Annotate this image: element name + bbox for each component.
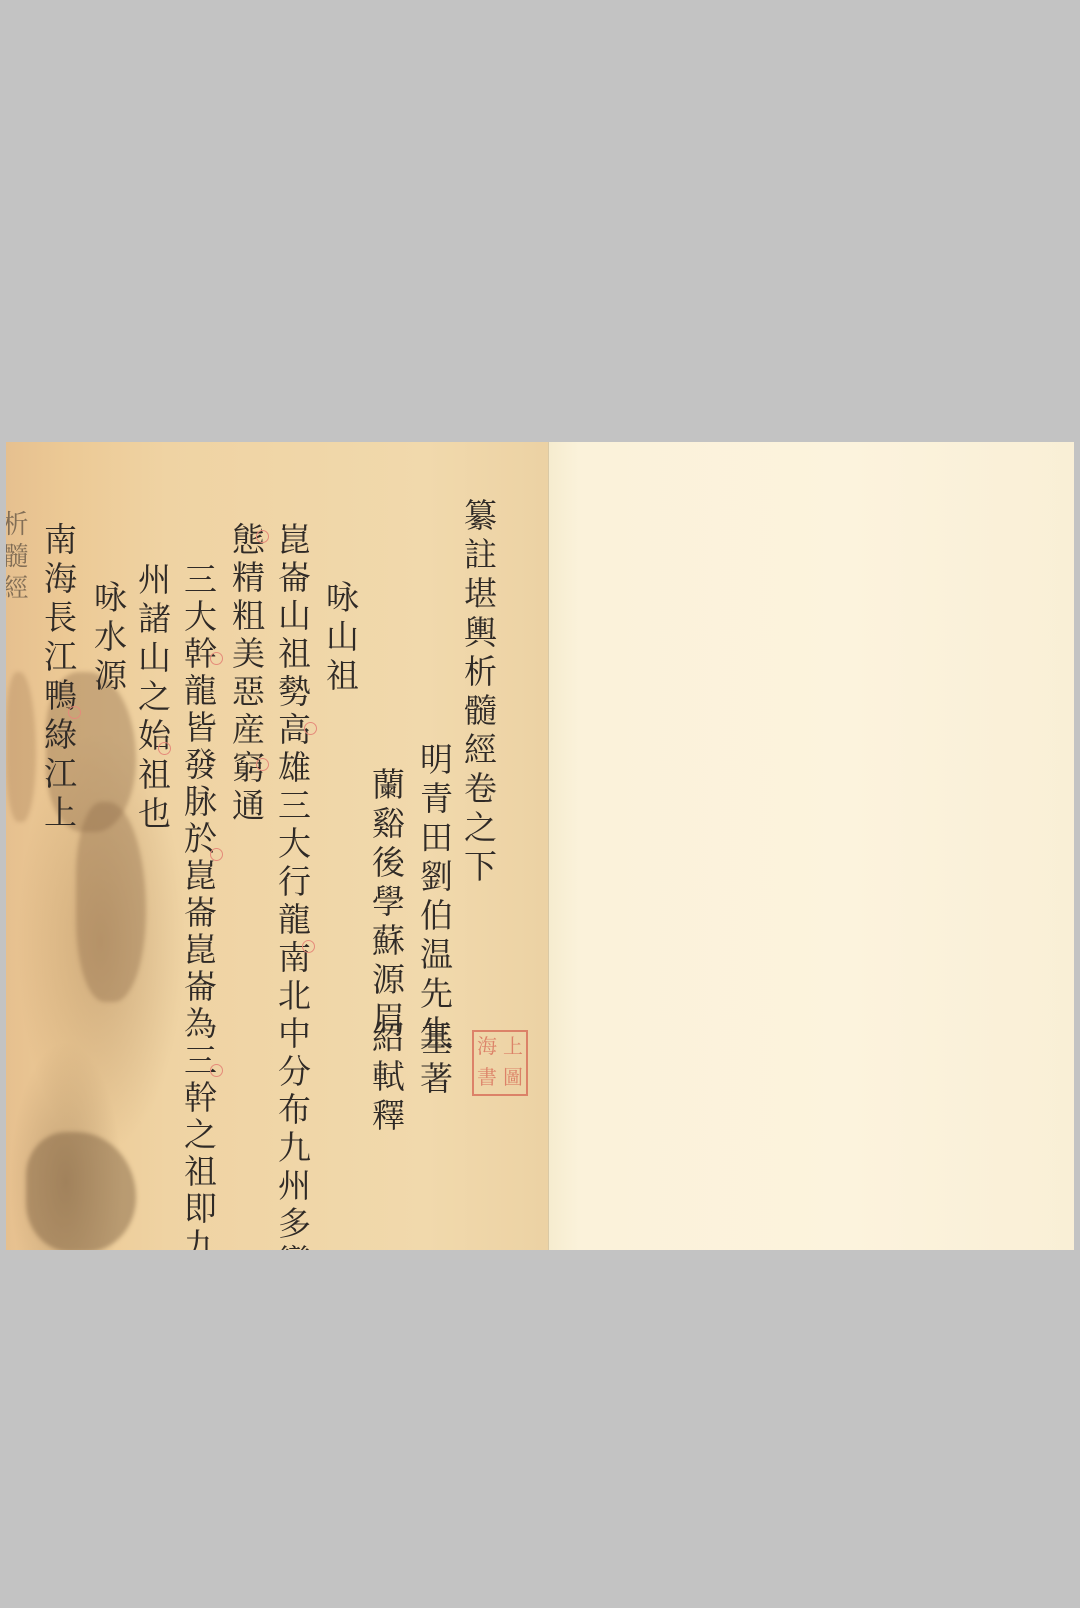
seal-char: 上 [500, 1032, 526, 1063]
seal-char: 圖 [500, 1063, 526, 1094]
punctuation-mark [210, 652, 223, 665]
book-spread: 析髓經 纂註堪輿析髓經卷之下 明青田劉伯温先生 基著 蘭谿後學蘇源眉 紹軾釋 咏… [6, 442, 1074, 1250]
commentator-role: 紹軾釋 [370, 1020, 403, 1137]
punctuation-mark [256, 530, 269, 543]
seal-char: 海 [474, 1032, 500, 1063]
body-text-column: 三大幹龍皆發脉於崑崙崑崙為三幹之祖即九 [182, 562, 215, 1250]
body-text-column: 態精粗美惡産窮通 [230, 522, 263, 826]
right-page-blank [548, 442, 1075, 1250]
left-page: 析髓經 纂註堪輿析髓經卷之下 明青田劉伯温先生 基著 蘭谿後學蘇源眉 紹軾釋 咏… [6, 442, 548, 1250]
edge-fragment-text: 析髓經 [6, 510, 26, 606]
author-line: 明青田劉伯温先生 [418, 742, 451, 1054]
body-text-column: 州諸山之始祖也 [136, 562, 169, 835]
punctuation-mark [158, 742, 171, 755]
punctuation-mark [210, 1064, 223, 1077]
book-title: 纂註堪輿析髓經卷之下 [462, 498, 495, 888]
punctuation-mark [304, 722, 317, 735]
commentator-line: 蘭谿後學蘇源眉 [370, 767, 403, 1040]
punctuation-mark [210, 848, 223, 861]
body-text-column: 崑崙山祖勢高雄三大行龍南北中分布九州多變 [276, 522, 309, 1250]
punctuation-mark [302, 940, 315, 953]
water-stain [26, 1132, 136, 1250]
punctuation-mark [256, 758, 269, 771]
body-text-column: 南海長江鴨綠江上 [42, 522, 75, 834]
section-heading-water: 咏水源 [92, 580, 125, 697]
section-heading-mountain: 咏山祖 [324, 580, 357, 697]
punctuation-mark [68, 706, 81, 719]
library-seal-stamp: 海 上 書 圖 [472, 1030, 528, 1096]
seal-char: 書 [474, 1063, 500, 1094]
author-role: 基著 [418, 1022, 451, 1100]
water-stain [6, 672, 36, 822]
